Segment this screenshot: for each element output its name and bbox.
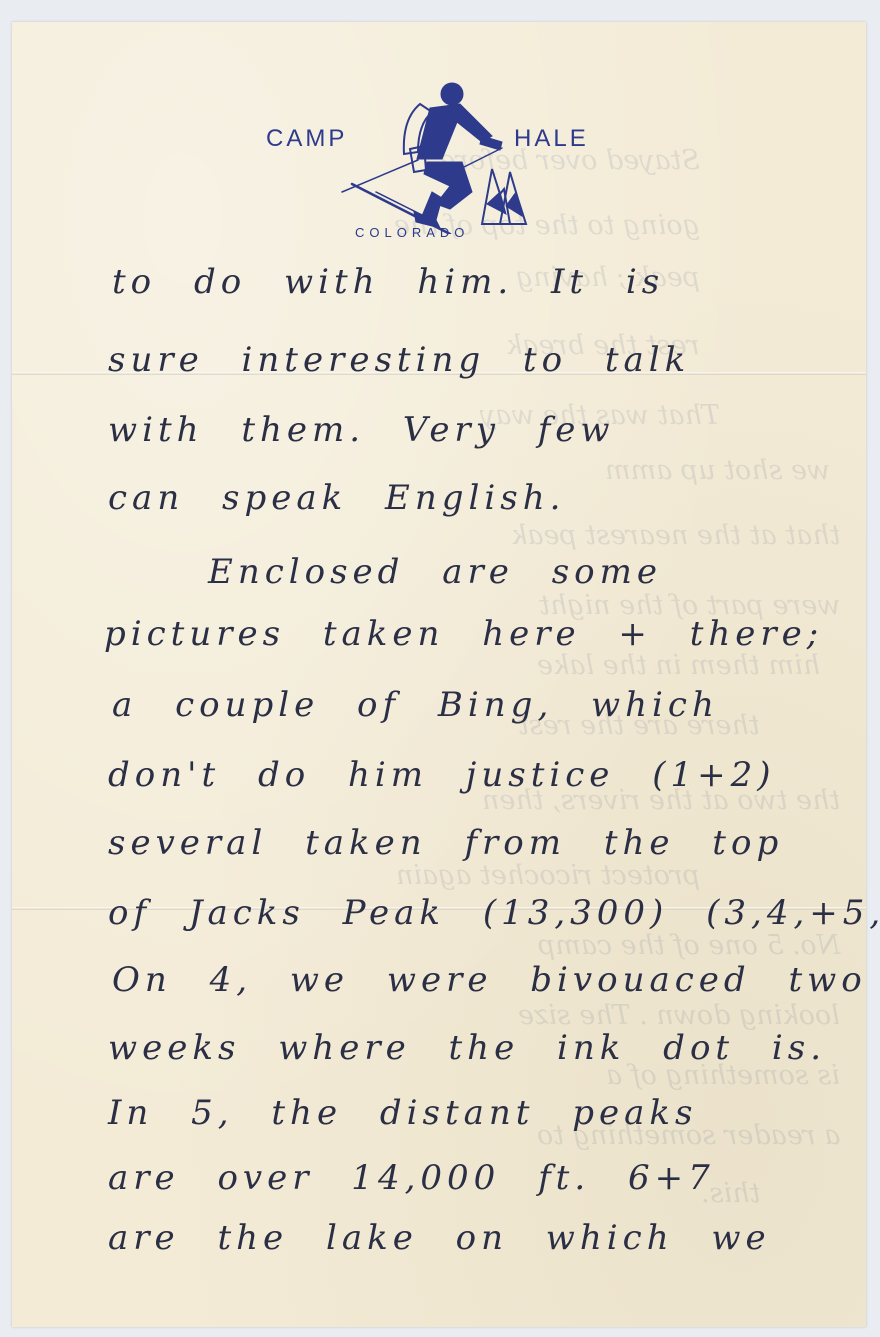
letter-line: with them. Very few bbox=[108, 410, 615, 450]
letter-line: don't do him justice (1+2) bbox=[108, 755, 776, 795]
letter-line: several taken from the top bbox=[108, 823, 783, 863]
letter-line: sure interesting to talk bbox=[108, 340, 690, 380]
letter-line: pictures taken here + there; bbox=[104, 614, 823, 654]
letter-line: can speak English. bbox=[108, 478, 565, 518]
handwritten-letter-body: to do with him. It issure interesting to… bbox=[12, 22, 866, 1327]
letter-line: are the lake on which we bbox=[108, 1218, 771, 1258]
letter-line: In 5, the distant peaks bbox=[108, 1093, 697, 1133]
letter-sheet: Stayed over beforegoing to the top of th… bbox=[12, 22, 866, 1327]
letter-line: to do with him. It is bbox=[112, 262, 664, 302]
letter-line: a couple of Bing, which bbox=[112, 685, 719, 725]
letter-line: On 4, we were bivouaced two bbox=[112, 960, 867, 1000]
letter-line: are over 14,000 ft. 6+7 bbox=[108, 1158, 715, 1198]
letter-line: of Jacks Peak (13,300) (3,4,+5,) bbox=[108, 893, 880, 933]
letter-line: weeks where the ink dot is. bbox=[108, 1028, 826, 1068]
letter-line: Enclosed are some bbox=[208, 552, 662, 592]
